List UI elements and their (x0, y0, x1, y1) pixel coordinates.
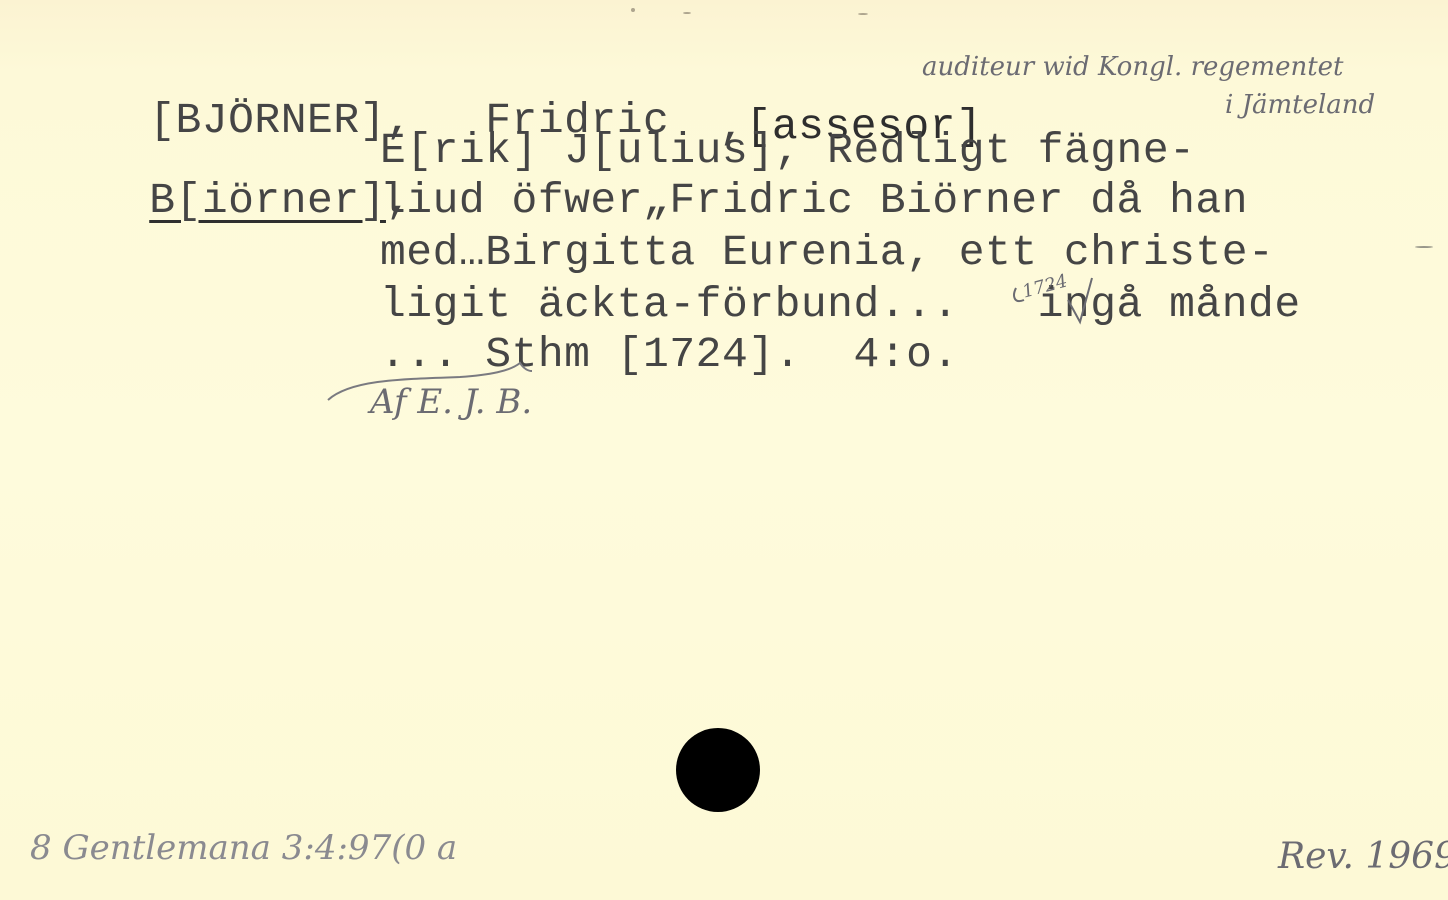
description-line-2: liud öfwer„Fridric Biörner då han (380, 176, 1248, 226)
handwritten-title-correction-line2: i Jämteland (1225, 90, 1375, 120)
catalog-card: [BJÖRNER], Fridric ,[assesor] auditeur w… (0, 0, 1448, 900)
description-line-3: med…Birgitta Eurenia, ett christe- (380, 228, 1274, 278)
heading-line-2: B[iörner], (44, 126, 412, 276)
insert-caret-icon (1010, 270, 1090, 330)
paper-speck (631, 8, 635, 12)
punch-hole (676, 728, 760, 812)
handwritten-revision-note: Rev. 1969 (1278, 836, 1448, 877)
handwritten-shelf-reference: 8 Gentlemana 3:4:97(0 a (30, 828, 457, 868)
handwritten-title-correction: auditeur wid Kongl. regementet (922, 52, 1343, 82)
paper-speck (1415, 246, 1433, 248)
paper-speck (683, 12, 691, 14)
handwritten-author-attribution: Af E. J. B. (370, 382, 532, 422)
description-line-1: E[rik] J[ulius], Redligt fägne- (380, 126, 1195, 176)
heading-name-biorner: B[iörner] (149, 176, 386, 225)
description-line-4: ligit äckta-förbund... ingå månde (380, 280, 1301, 330)
paper-speck (858, 13, 868, 15)
